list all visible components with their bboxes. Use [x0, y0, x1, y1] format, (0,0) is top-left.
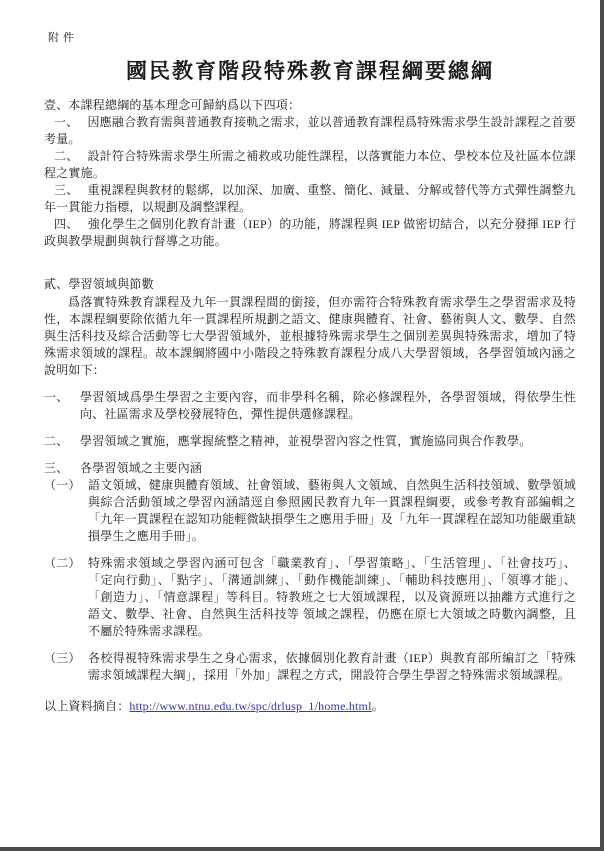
document-page: 附件 國民教育階段特殊教育課程綱要總綱 壹、本課程總綱的基本理念可歸納爲以下四項…	[0, 0, 604, 851]
subitem-number: （三）	[44, 650, 88, 684]
section2-item-1: 一、 學習領域爲學生學習之主要內容，而非學科名稱，除必修課程外，各學習領域，得依…	[44, 389, 576, 423]
section1-item-1: 一、因應融合教育需與普通教育接軌之需求，並以普通教育課程爲特殊需求學生設計課程之…	[44, 114, 576, 148]
item-number: 四、	[54, 217, 79, 231]
section1-item-3: 三、重視課程與教材的鬆綁，以加深、加廣、重整、簡化、減量、分解或替代等方式彈性調…	[44, 182, 576, 216]
section2-subitem-2: （二） 特殊需求領域之學習內涵可包含「職業教育」、「學習策略」、「生活管理」、「…	[44, 555, 576, 640]
source-suffix: 。	[372, 699, 384, 713]
item-number: 一、	[54, 115, 78, 129]
subitem-number: （一）	[44, 477, 88, 545]
item-text: 學習領域之實施，應掌握統整之精神，並視學習內容之性質，實施協同與合作教學。	[80, 433, 576, 450]
item-text: 學習領域爲學生學習之主要內容，而非學科名稱，除必修課程外，各學習領域，得依學生性…	[80, 389, 576, 423]
item-number: 二、	[44, 433, 80, 450]
item-text: 強化學生之個別化教育計畫（IEP）的功能，將課程與 IEP 做密切結合，以充分發…	[44, 217, 576, 248]
subitem-text: 特殊需求領域之學習內涵可包含「職業教育」、「學習策略」、「生活管理」、「社會技巧…	[88, 555, 576, 640]
section2-subitem-1: （一） 語文領域、健康與體育領域、社會領域、藝術與人文領域、自然與生活科技領域、…	[44, 477, 576, 545]
section2-item-2: 二、 學習領域之實施，應掌握統整之精神，並視學習內容之性質，實施協同與合作教學。	[44, 433, 576, 450]
item-number: 二、	[54, 149, 78, 163]
section2-item-3: 三、 各學習領域之主要內涵	[44, 460, 576, 477]
subitem-text: 各校得視特殊需求學生之身心需求，依據個別化教育計畫（IEP）與教育部所編訂之「特…	[88, 650, 576, 684]
section1-item-2: 二、設計符合特殊需求學生所需之補救或功能性課程，以落實能力本位、學校本位及社區本…	[44, 148, 576, 182]
item-text: 設計符合特殊需求學生所需之補救或功能性課程，以落實能力本位、學校本位及社區本位課…	[44, 149, 576, 180]
item-number: 三、	[44, 460, 80, 477]
section2-intro: 爲落實特殊教育課程及九年一貫課程間的銜接，但亦需符合特殊教育需求學生之學習需求及…	[44, 294, 576, 379]
item-text: 重視課程與教材的鬆綁，以加深、加廣、重整、簡化、減量、分解或替代等方式彈性調整九…	[44, 183, 576, 214]
source-link[interactable]: http://www.ntnu.edu.tw/spc/drlusp_1/home…	[129, 699, 371, 713]
subitem-text: 語文領域、健康與體育領域、社會領域、藝術與人文領域、自然與生活科技領域、數學領域…	[88, 477, 576, 545]
section2-subitem-3: （三） 各校得視特殊需求學生之身心需求，依據個別化教育計畫（IEP）與教育部所編…	[44, 650, 576, 684]
source-line: 以上資料摘自：http://www.ntnu.edu.tw/spc/drlusp…	[44, 698, 576, 715]
source-prefix: 以上資料摘自：	[44, 699, 129, 713]
section2-heading: 貳、學習領域與節數	[44, 276, 576, 293]
attachment-label: 附件	[48, 30, 576, 47]
item-number: 三、	[54, 183, 78, 197]
section1-item-4: 四、強化學生之個別化教育計畫（IEP）的功能，將課程與 IEP 做密切結合，以充…	[44, 216, 576, 250]
item-text: 各學習領域之主要內涵	[80, 460, 576, 477]
subitem-number: （二）	[44, 555, 88, 640]
item-number: 一、	[44, 389, 80, 423]
item-text: 因應融合教育需與普通教育接軌之需求，並以普通教育課程爲特殊需求學生設計課程之首要…	[44, 115, 576, 146]
section1-heading: 壹、本課程總綱的基本理念可歸納爲以下四項：	[44, 97, 576, 114]
page-title: 國民教育階段特殊教育課程綱要總綱	[44, 57, 576, 85]
